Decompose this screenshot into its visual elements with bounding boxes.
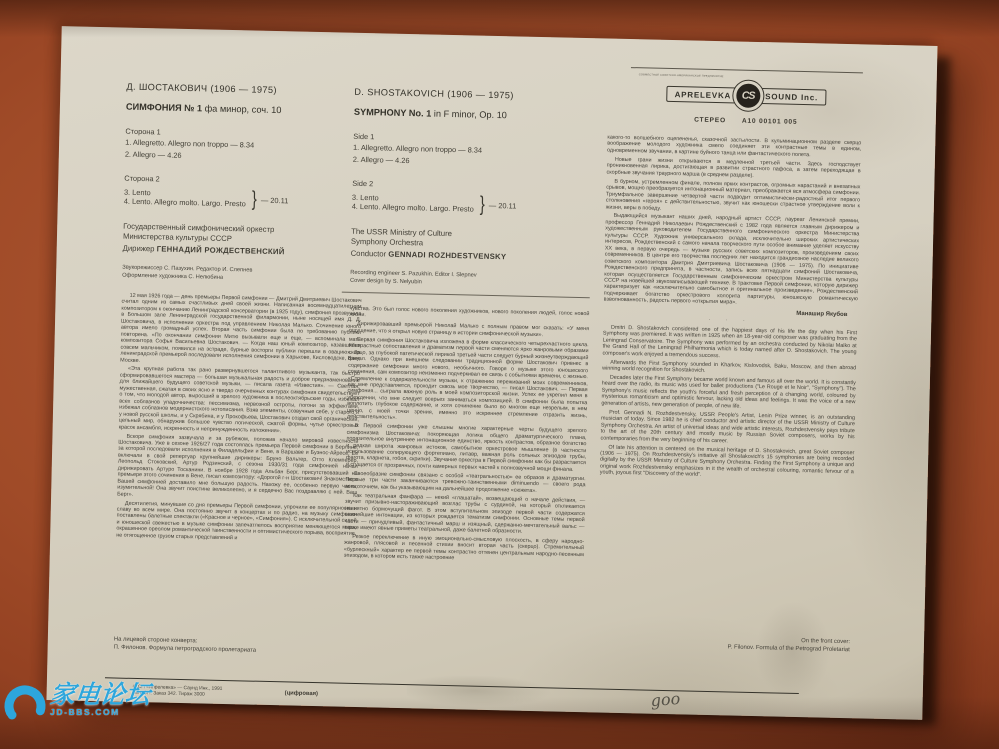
watermark-title: 家电论坛 xyxy=(49,682,152,708)
side2-tracks-en: 3. Lento 4. Lento. Allegro molto. Largo.… xyxy=(352,190,592,219)
digital-pressing-note: (цифровая) xyxy=(285,690,318,697)
cs-monogram-icon: CS xyxy=(732,79,765,112)
column-russian: Д. ШОСТАКОВИЧ (1906 — 1975) СИМФОНИЯ № 1… xyxy=(116,28,368,547)
track-item: 4. Lento. Allegro molto. Largo. Presto xyxy=(352,202,474,214)
liner-notes-paragraph: Первая симфония Шостаковича изложена в ф… xyxy=(347,337,589,426)
symphony-title-ru-rest: фа минор, соч. 10 xyxy=(202,103,282,115)
album-back-cover: Д. ШОСТАКОВИЧ (1906 — 1975) СИМФОНИЯ № 1… xyxy=(46,26,937,720)
liner-notes-paragraph: Prof. Gennadi N. Rozhdestvensky, USSR Pe… xyxy=(600,409,855,447)
liner-notes-ru-col2: чувства. Это был голос нового поколения … xyxy=(344,306,590,565)
column-notes-right: СОВМЕСТНОЕ СОВЕТСКО-АМЕРИКАНСКОЕ ПРЕДПРИ… xyxy=(600,39,864,485)
symphony-title-en: SYMPHONY No. 1 in F minor, Op. 10 xyxy=(354,107,594,122)
composer-heading-ru: Д. ШОСТАКОВИЧ (1906 — 1975) xyxy=(126,82,366,97)
brace-glyph: } xyxy=(480,193,485,217)
conductor-name-en: GENNADI ROZHDESTVENSKY xyxy=(388,250,506,262)
orchestra-name-ru: Государственный симфонический оркестр Ми… xyxy=(123,222,363,247)
side2-track-lines: 3. Lento 4. Lento. Allegro molto. Largo.… xyxy=(352,192,474,214)
forum-watermark: 家电论坛 JD-BBS.COM xyxy=(2,682,150,733)
symphony-title-ru: СИМФОНИЯ № 1 фа минор, соч. 10 xyxy=(126,102,366,117)
liner-notes-ru-col3: какого-то волшебного оцепененья, сказочн… xyxy=(604,135,862,310)
liner-notes-paragraph: Десятилетия, минувшие со дня премьеры Пе… xyxy=(116,500,357,544)
paper-stain xyxy=(746,602,839,720)
liner-notes-paragraph: какого-то волшебного оцепененья, сказочн… xyxy=(607,135,861,160)
conductor-name-ru: ГЕННАДИЙ РОЖДЕСТВЕНСКИЙ xyxy=(157,245,285,257)
production-credits-en: Recording engineer S. Pazukhin. Editor I… xyxy=(350,270,590,290)
liner-notes-paragraph: Выдающийся музыкант наших дней, народный… xyxy=(604,213,860,309)
side2-track-lines: 3. Lento 4. Lento. Allegro molto. Largo.… xyxy=(124,187,246,209)
conductor-label-en: Conductor xyxy=(351,249,389,259)
record-label-logo: APRELEVKA CS SOUND Inc. xyxy=(608,77,863,115)
handwritten-price-mark: goo xyxy=(650,689,681,710)
brace-glyph: } xyxy=(252,188,257,212)
side2-duration: — 20.11 xyxy=(489,201,517,211)
production-credits-ru: Звукорежиссер С. Пазухин. Редактор И. Сл… xyxy=(122,265,362,285)
catalog-number: A10 00101 005 xyxy=(742,118,798,126)
side2-tracks-ru: 3. Lento 4. Lento. Allegro molto. Largo.… xyxy=(124,185,364,214)
symphony-title-ru-bold: СИМФОНИЯ № 1 xyxy=(126,102,202,114)
liner-notes-paragraph: «Эта крупная работа так рано развернувше… xyxy=(119,366,360,436)
liner-notes-paragraph: В Первой симфонии уже слышны многие хара… xyxy=(346,423,587,474)
cs-monogram-letters: CS xyxy=(736,83,761,108)
liner-notes-paragraph: Своеобразие симфонии связано с особой «т… xyxy=(345,471,585,496)
symphony-title-en-bold: SYMPHONY No. 1 xyxy=(354,107,432,119)
liner-notes-paragraph: Новые грани жизни открываются в медленно… xyxy=(607,156,861,181)
credits-divider xyxy=(342,292,590,299)
composer-heading-en: D. SHOSTAKOVICH (1906 — 1975) xyxy=(354,87,594,102)
liner-notes-paragraph: Dmitri D. Shostakovich considered one of… xyxy=(602,324,857,362)
liner-notes-paragraph: Of late his attention is centered on the… xyxy=(600,444,855,482)
orchestra-name-en: The USSR Ministry of Culture Symphony Or… xyxy=(351,227,591,252)
liner-notes-ru-col1: 12 мая 1926 года — день премьеры Первой … xyxy=(116,293,362,545)
aprelevka-brand-box: APRELEVKA xyxy=(666,86,739,104)
liner-notes-paragraph: Вскоре симфония зазвучала и за рубежом, … xyxy=(117,433,358,503)
watermark-text: 家电论坛 JD-BBS.COM xyxy=(50,682,150,717)
liner-notes-paragraph: 12 мая 1926 года — день премьеры Первой … xyxy=(120,293,362,369)
column-english: D. SHOSTAKOVICH (1906 — 1975) SYMPHONY N… xyxy=(344,33,596,568)
swirl-logo-icon xyxy=(2,682,48,733)
front-cover-note-ru: На лицевой стороне конверта: П. Филонов.… xyxy=(114,635,257,654)
sound-inc-brand-box: SOUND Inc. xyxy=(757,88,826,106)
label-divider xyxy=(631,67,863,73)
stereo-label: СТЕРЕО xyxy=(694,117,726,125)
liner-notes-en: Dmitri D. Shostakovich considered one of… xyxy=(600,324,857,482)
conductor-label-ru: Дирижер xyxy=(123,244,157,254)
liner-notes-paragraph: Резкое переключение в иную эмоционально-… xyxy=(344,534,585,565)
liner-notes-paragraph: Как театральная фанфара — некий «глашата… xyxy=(344,492,585,536)
paper-stain xyxy=(406,674,577,708)
catalog-row: СТЕРЕО A10 00101 005 xyxy=(608,115,862,128)
liner-notes-paragraph: В бурном, устремленном финале, полном яр… xyxy=(606,178,861,216)
liner-notes-paragraph: Decades later the First Symphony became … xyxy=(601,374,856,412)
track-item: 4. Lento. Allegro molto. Largo. Presto xyxy=(124,197,246,209)
side2-duration: — 20.11 xyxy=(261,195,289,205)
symphony-title-en-rest: in F minor, Op. 10 xyxy=(431,109,507,121)
